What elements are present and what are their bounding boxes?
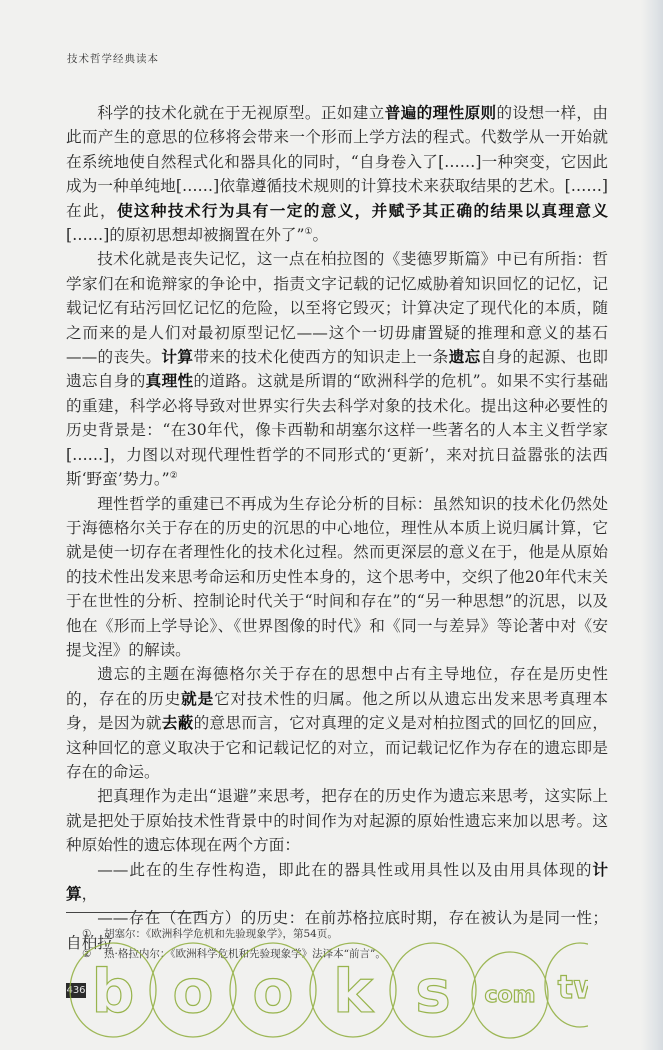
footnotes: ①胡塞尔：《欧洲科学危机和先验现象学》，第54页。 ②热·格拉内尔：《欧洲科学危… bbox=[82, 924, 602, 964]
footnote-text: 热·格拉内尔：《欧洲科学危机和先验现象学》法译本“前言”。 bbox=[104, 948, 386, 960]
paragraph-4: 遗忘的主题在海德格尔关于存在的思想中占有主导地位，存在是历史性的，存在的历史就是… bbox=[66, 662, 608, 784]
footnote-mark: ② bbox=[82, 944, 104, 964]
footnote-1: ①胡塞尔：《欧洲科学危机和先验现象学》，第54页。 bbox=[82, 924, 602, 944]
footnote-text: 胡塞尔：《欧洲科学危机和先验现象学》，第54页。 bbox=[104, 928, 338, 940]
paragraph-3: 理性哲学的重建已不再成为生存论分析的目标：虽然知识的技术化仍然处于海德格尔关于存… bbox=[66, 492, 608, 663]
body-text: 科学的技术化就在于无视原型。正如建立普遍的理性原则的设想一样，由此而产生的意思的… bbox=[66, 101, 608, 955]
svg-text:tw: tw bbox=[558, 968, 588, 1006]
footnote-2: ②热·格拉内尔：《欧洲科学危机和先验现象学》法译本“前言”。 bbox=[82, 944, 602, 964]
svg-text:s: s bbox=[415, 957, 451, 1027]
paragraph-dash-1: ——此在的生存性构造，即此在的器具性或用具性以及由用具体现的计算， bbox=[66, 858, 608, 907]
paragraph-2: 技术化就是丧失记忆，这一点在柏拉图的《斐德罗斯篇》中已有所指：哲学家们在和诡辩家… bbox=[66, 247, 608, 491]
svg-text:b: b bbox=[92, 957, 135, 1027]
paragraph-1: 科学的技术化就在于无视原型。正如建立普遍的理性原则的设想一样，由此而产生的意思的… bbox=[66, 101, 608, 247]
page-edge-shadow bbox=[641, 0, 663, 1050]
page-number: 436 bbox=[66, 983, 86, 998]
svg-text:o: o bbox=[172, 957, 213, 1027]
svg-text:k: k bbox=[333, 957, 375, 1027]
paragraph-5: 把真理作为走出“退避”来思考，把存在的历史作为遗忘来思考，这实际上就是把处于原始… bbox=[66, 784, 608, 857]
footnote-mark: ① bbox=[82, 924, 104, 944]
footnote-divider bbox=[66, 912, 201, 913]
svg-text:com: com bbox=[484, 983, 535, 1008]
svg-text:o: o bbox=[252, 957, 293, 1027]
running-head: 技术哲学经典读本 bbox=[67, 51, 159, 66]
